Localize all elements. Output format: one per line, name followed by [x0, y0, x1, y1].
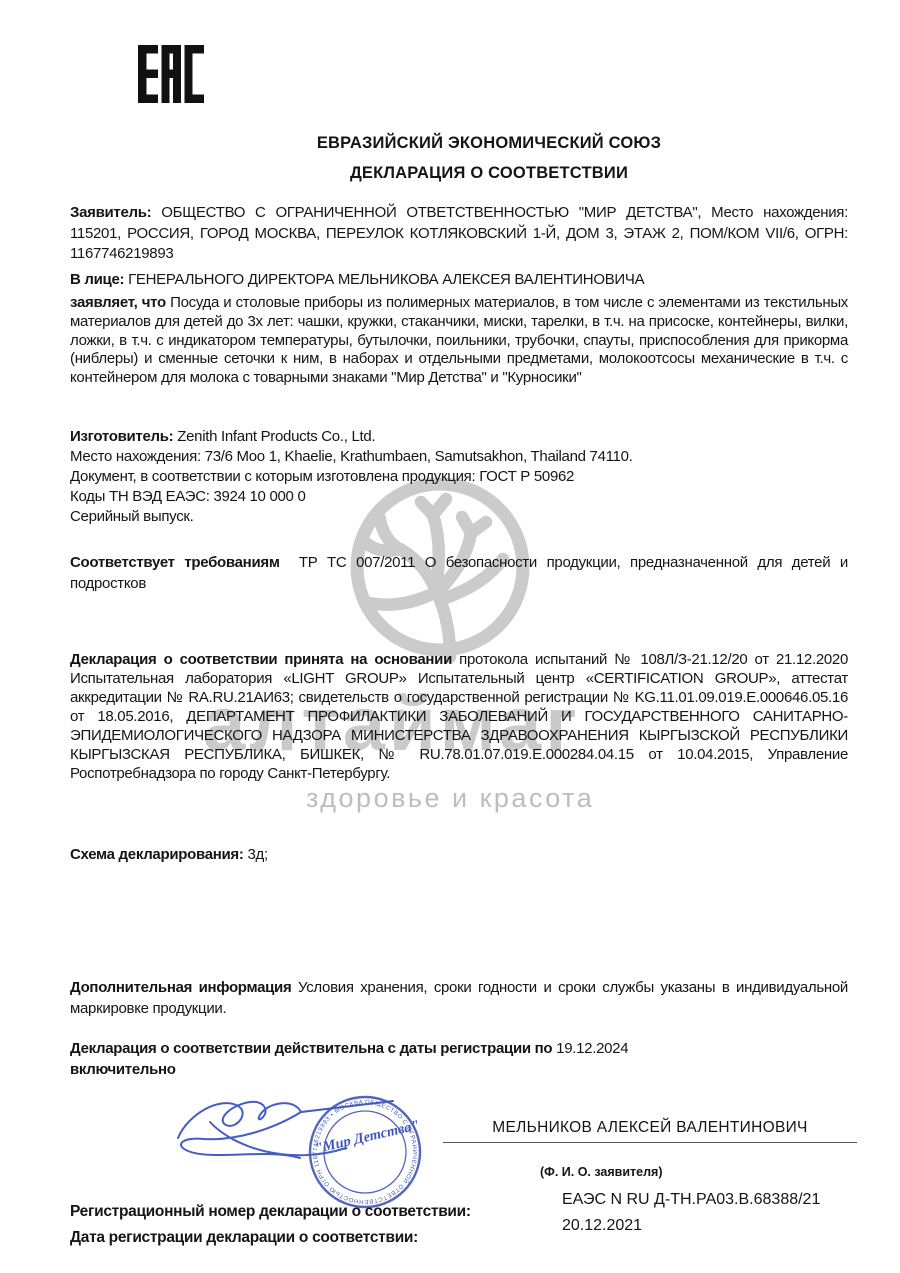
applicant-label: Заявитель:	[70, 204, 151, 221]
manufacturer-address: Место нахождения: 73/6 Moo 1, Khaelie, K…	[70, 447, 848, 467]
signature-line	[443, 1142, 857, 1143]
declares-paragraph: заявляет, что Посуда и столовые приборы …	[70, 294, 848, 388]
validity-paragraph: Декларация о соответствии действительна …	[70, 1038, 848, 1080]
validity-suffix: включительно	[70, 1059, 848, 1080]
applicant-paragraph: Заявитель: ОБЩЕСТВО С ОГРАНИЧЕННОЙ ОТВЕТ…	[70, 203, 848, 265]
applicant-full-name: МЕЛЬНИКОВ АЛЕКСЕЙ ВАЛЕНТИНОВИЧ	[450, 1119, 850, 1137]
registration-number-label: Регистрационный номер декларации о соотв…	[70, 1203, 471, 1221]
scheme-line: Схема декларирования: 3д;	[70, 845, 848, 865]
scheme-value: 3д;	[247, 846, 267, 863]
applicant-name-caption: (Ф. И. О. заявителя)	[540, 1165, 663, 1179]
scheme-label: Схема декларирования:	[70, 846, 244, 863]
manufacturer-codes: Коды ТН ВЭД ЕАЭС: 3924 10 000 0	[70, 487, 848, 507]
eac-mark-icon	[138, 45, 204, 103]
basis-paragraph: Декларация о соответствии принята на осн…	[70, 650, 848, 783]
manufacturer-line: Изготовитель: Zenith Infant Products Co.…	[70, 427, 848, 447]
complies-paragraph: Соответствует требованиям ТР ТС 007/2011…	[70, 553, 848, 594]
basis-label: Декларация о соответствии принята на осн…	[70, 651, 452, 668]
watermark-tagline: здоровье и красота	[306, 783, 594, 814]
complies-label: Соответствует требованиям	[70, 554, 280, 571]
additional-info-paragraph: Дополнительная информация Условия хранен…	[70, 978, 848, 1019]
registration-number-value: ЕАЭС N RU Д-ТН.РА03.В.68388/21	[562, 1191, 820, 1209]
title-declaration: ДЕКЛАРАЦИЯ О СООТВЕТСТВИИ	[0, 164, 900, 183]
declares-label: заявляет, что	[70, 294, 166, 311]
validity-date: 19.12.2024	[556, 1040, 628, 1057]
represented-by-text: ГЕНЕРАЛЬНОГО ДИРЕКТОРА МЕЛЬНИКОВА АЛЕКСЕ…	[128, 271, 644, 288]
additional-info-label: Дополнительная информация	[70, 979, 291, 996]
manufacturer-name: Zenith Infant Products Co., Ltd.	[177, 428, 375, 445]
represented-by-label: В лице:	[70, 271, 124, 288]
manufacturer-block: Изготовитель: Zenith Infant Products Co.…	[70, 427, 848, 527]
basis-text: протокола испытаний № 108Л/З-21.12/20 от…	[70, 651, 848, 782]
title-union: ЕВРАЗИЙСКИЙ ЭКОНОМИЧЕСКИЙ СОЮЗ	[0, 134, 900, 153]
represented-by-paragraph: В лице: ГЕНЕРАЛЬНОГО ДИРЕКТОРА МЕЛЬНИКОВ…	[70, 270, 848, 290]
declares-text: Посуда и столовые приборы из полимерных …	[70, 294, 848, 386]
manufacturer-serial: Серийный выпуск.	[70, 507, 848, 527]
validity-label: Декларация о соответствии действительна …	[70, 1040, 552, 1057]
declaration-document-page: алтаймаг здоровье и красота ЕВРАЗИЙСКИЙ …	[0, 0, 900, 1273]
registration-date-label: Дата регистрации декларации о соответств…	[70, 1229, 418, 1247]
applicant-text: ОБЩЕСТВО С ОГРАНИЧЕННОЙ ОТВЕТСТВЕННОСТЬЮ…	[70, 204, 848, 262]
manufacturer-label: Изготовитель:	[70, 428, 173, 445]
manufacturer-document: Документ, в соответствии с которым изгот…	[70, 467, 848, 487]
registration-date-value: 20.12.2021	[562, 1217, 642, 1235]
